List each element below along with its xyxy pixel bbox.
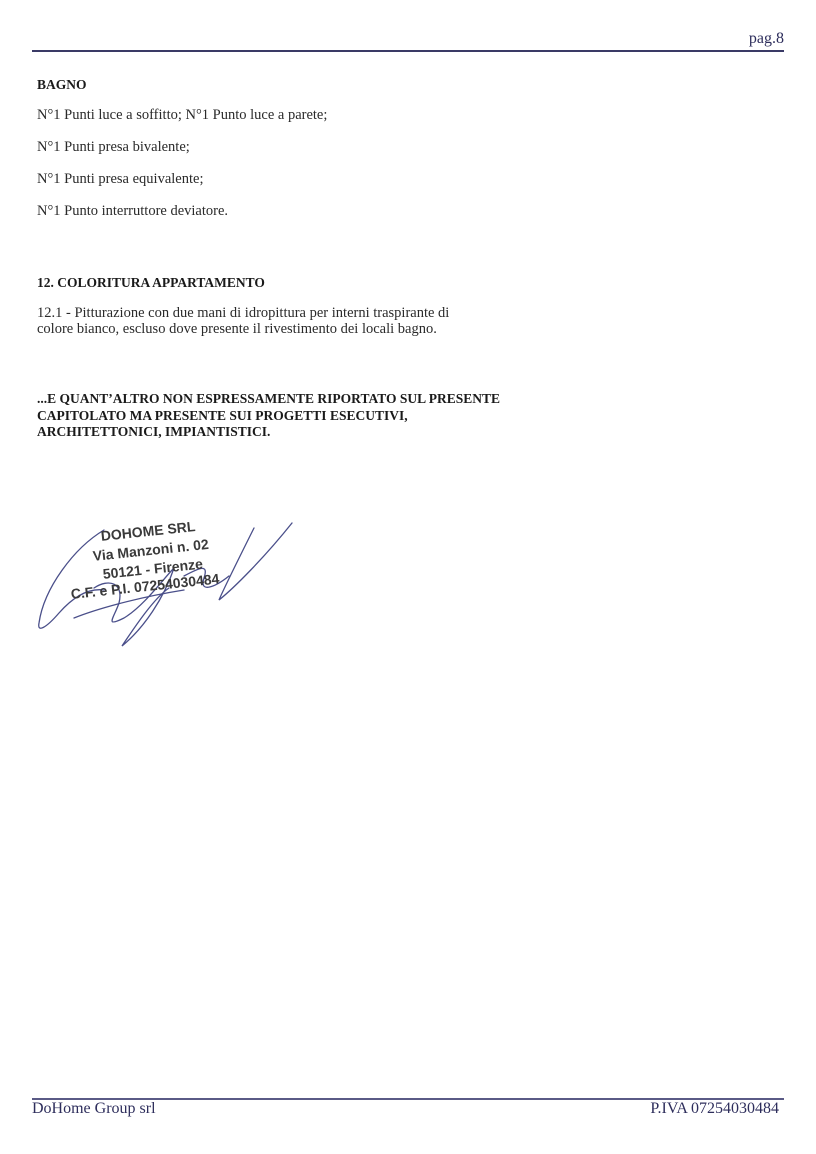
bagno-line: N°1 Punti presa bivalente; [37,139,537,156]
company-stamp-signature: DOHOME SRL Via Manzoni n. 02 50121 - Fir… [34,518,304,653]
paragraph-line: colore bianco, escluso dove presente il … [37,321,537,337]
closing-line: ...E QUANT’ALTRO NON ESPRESSAMENTE RIPOR… [37,391,557,408]
closing-statement: ...E QUANT’ALTRO NON ESPRESSAMENTE RIPOR… [37,391,557,441]
bagno-line: N°1 Punti luce a soffitto; N°1 Punto luc… [37,107,537,124]
section-12: 12. COLORITURA APPARTAMENTO 12.1 - Pittu… [37,275,537,337]
bagno-section: BAGNO N°1 Punti luce a soffitto; N°1 Pun… [37,77,537,235]
page-number: pag.8 [749,30,784,48]
header-divider [32,50,784,52]
paragraph-line: 12.1 - Pitturazione con due mani di idro… [37,305,537,321]
bagno-line: N°1 Punti presa equivalente; [37,171,537,188]
bagno-heading: BAGNO [37,77,537,93]
closing-line: ARCHITETTONICI, IMPIANTISTICI. [37,424,557,441]
footer-vat: P.IVA 07254030484 [650,1100,779,1118]
footer-company: DoHome Group srl [32,1100,156,1118]
section-12-heading: 12. COLORITURA APPARTAMENTO [37,275,537,291]
closing-line: CAPITOLATO MA PRESENTE SUI PROGETTI ESEC… [37,408,557,425]
bagno-line: N°1 Punto interruttore deviatore. [37,203,537,220]
section-12-paragraph: 12.1 - Pitturazione con due mani di idro… [37,305,537,337]
